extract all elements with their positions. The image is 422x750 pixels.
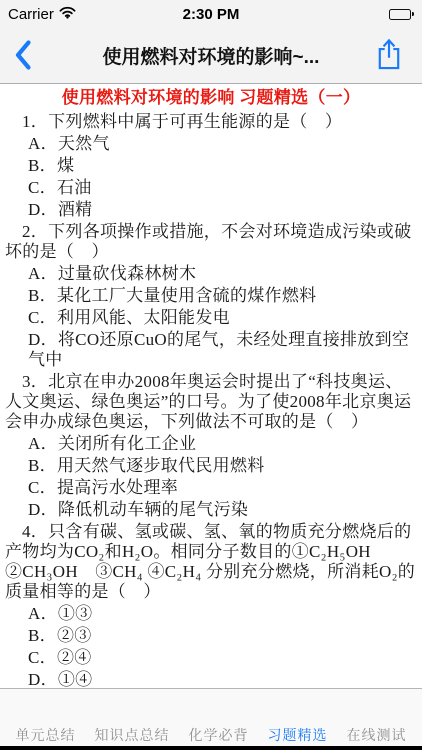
option-line: B．用天然气逐步取代民用燃料 [5,456,417,476]
option-line: C．提高污水处理率 [5,478,417,498]
tab-item-4[interactable]: 习题精选 [268,727,328,743]
chevron-left-icon [14,39,32,74]
question-line: 4．只含有碳、氢或碳、氢、氧的物质充分燃烧后的产物均为CO₂和H₂O。相同分子数… [5,522,417,602]
question-line: 2．下列各项操作或措施，不会对环境造成污染或破坏的是（ ） [5,222,417,262]
option-line: D．降低机动车辆的尾气污染 [5,500,417,520]
tab-item-5[interactable]: 在线测试 [347,727,407,743]
section-heading: 使用燃料对环境的影响 习题精选（一） [5,88,417,108]
share-button[interactable] [372,35,406,77]
nav-bar: 使用燃料对环境的影响~... [0,28,422,84]
question-line: 3．北京在申办2008年奥运会时提出了“科技奥运、人文奥运、绿色奥运”的口号。为… [5,372,417,432]
option-line: C．②④ [5,648,417,668]
wifi-icon [59,6,76,23]
tab-item-2[interactable]: 知识点总结 [95,727,170,743]
exercise-content-scroll[interactable]: 使用燃料对环境的影响 习题精选（一） 1．下列燃料中属于可再生能源的是（ ）A．… [0,84,422,688]
option-line: C．利用风能、太阳能发电 [5,308,417,328]
battery-icon [389,9,414,20]
option-line: D．①④ [5,670,417,688]
option-line: A．过量砍伐森林树木 [5,264,417,284]
share-icon [376,38,402,74]
option-line: B．煤 [5,156,417,176]
option-line: C．石油 [5,178,417,198]
option-line: A．①③ [5,604,417,624]
question-list: 1．下列燃料中属于可再生能源的是（ ）A．天然气B．煤C．石油D．酒精2．下列各… [5,112,417,688]
bottom-strip [0,746,422,750]
option-line: A．天然气 [5,134,417,154]
page-title: 使用燃料对环境的影响~... [50,42,372,69]
question-line: 1．下列燃料中属于可再生能源的是（ ） [5,112,417,132]
tab-item-1[interactable]: 单元总结 [16,727,76,743]
option-line: A．关闭所有化工企业 [5,434,417,454]
app-screen: 2:30 PM Carrier [0,0,422,750]
option-line: B．②③ [5,626,417,646]
tab-bar: 单元总结知识点总结化学必背习题精选在线测试 [0,688,422,746]
back-button[interactable] [6,36,40,76]
option-line: D．酒精 [5,200,417,220]
carrier-label: Carrier [8,6,54,23]
option-line: D．将CO还原CuO的尾气，未经处理直接排放到空气中 [5,330,417,370]
tab-item-3[interactable]: 化学必背 [189,727,249,743]
option-line: B．某化工厂大量使用含硫的煤作燃料 [5,286,417,306]
status-bar: 2:30 PM Carrier [0,0,422,28]
